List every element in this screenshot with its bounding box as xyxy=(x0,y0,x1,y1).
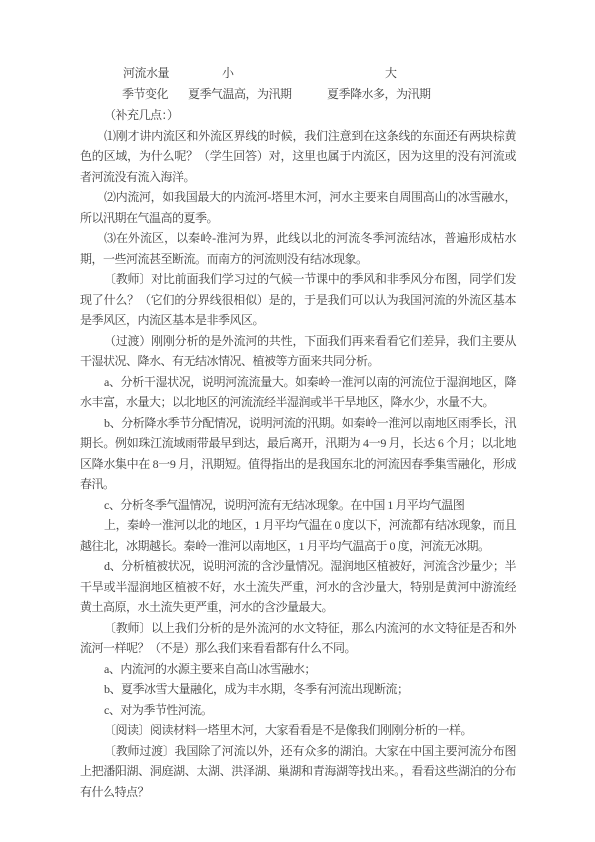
paragraph-teacher-inland-rivers: 〔教师〕以上我们分析的是外流河的水文特征，那么内流河的水文特征是否和外流河一样呢… xyxy=(80,618,516,659)
table-cell-river-volume: 河流水量 xyxy=(123,63,169,84)
paragraph-inland-c: c、对为季节性河流。 xyxy=(80,700,516,721)
table-cell-summer-rain: 夏季降水多，为汛期 xyxy=(327,84,431,105)
table-cell-small: 小 xyxy=(222,63,234,84)
paragraph-point-2: ⑵内流河，如我国最大的内流河-塔里木河，河水主要来自周围高山的冰雪融水，所以汛期… xyxy=(80,187,516,228)
document-page: 河流水量 小 大 季节变化 夏季气温高，为汛期 夏季降水多，为汛期 （补充几点：… xyxy=(0,0,595,842)
paragraph-item-b-precipitation: b、分析降水季节分配情况，说明河流的汛期。如秦岭一淮河以南地区雨季长，汛期长。例… xyxy=(80,413,516,495)
paragraph-item-a-dryness: a、分析干湿状况，说明河流流量大。如秦岭一淮河以南的河流位于湿润地区，降水丰富，… xyxy=(80,372,516,413)
paragraph-item-d-vegetation: d、分析植被状况，说明河流的含沙量情况。湿润地区植被好，河流含沙量少；半干旱或半… xyxy=(80,556,516,618)
table-cell-large: 大 xyxy=(385,63,397,84)
paragraph-reading-tarim: 〔阅读〕阅读材料一塔里木河，大家看看是不是像我们刚刚分析的一样。 xyxy=(80,720,516,741)
table-header-row-2: 季节变化 夏季气温高，为汛期 夏季降水多，为汛期 xyxy=(80,84,516,105)
paragraph-teacher-lakes: 〔教师过渡〕我国除了河流以外，还有众多的湖泊。大家在中国主要河流分布图上把潘阳湖… xyxy=(80,741,516,803)
paragraph-item-c-continuation: 上，秦岭一淮河以北的地区，1 月平均气温在 0 度以下，河流都有结冰现象，而且越… xyxy=(80,515,516,556)
paragraph-inland-b: b、夏季冰雪大量融化，成为丰水期，冬季有河流出现断流； xyxy=(80,679,516,700)
paragraph-point-1: ⑴刚才讲内流区和外流区界线的时候，我们注意到在这条线的东面还有两块棕黄色的区域，… xyxy=(80,126,516,188)
paragraph-teacher-monsoon: 〔教师〕对比前面我们学习过的气候一节课中的季风和非季风分布图，同学们发现了什么？… xyxy=(80,269,516,331)
document-body: 河流水量 小 大 季节变化 夏季气温高，为汛期 夏季降水多，为汛期 （补充几点：… xyxy=(80,63,516,802)
paragraph-inland-a: a、内流河的水源主要来自高山冰雪融水； xyxy=(80,659,516,680)
paragraph-item-c-winter-temp: c、分析冬季气温情况，说明河流有无结冰现象。在中国 1 月平均气温图 xyxy=(80,495,516,516)
table-cell-summer-temp: 夏季气温高，为汛期 xyxy=(188,84,292,105)
paragraph-point-3: ⑶在外流区，以秦岭-淮河为界，此线以北的河流冬季河流结冰，普遍形成枯水期，一些河… xyxy=(80,228,516,269)
paragraph-supplement-heading: （补充几点：） xyxy=(80,105,516,126)
table-cell-seasonal-change: 季节变化 xyxy=(122,84,168,105)
table-header-row-1: 河流水量 小 大 xyxy=(80,63,516,84)
paragraph-transition-analysis: （过渡）刚刚分析的是外流河的共性，下面我们再来看看它们差异，我们主要从干湿状况、… xyxy=(80,331,516,372)
